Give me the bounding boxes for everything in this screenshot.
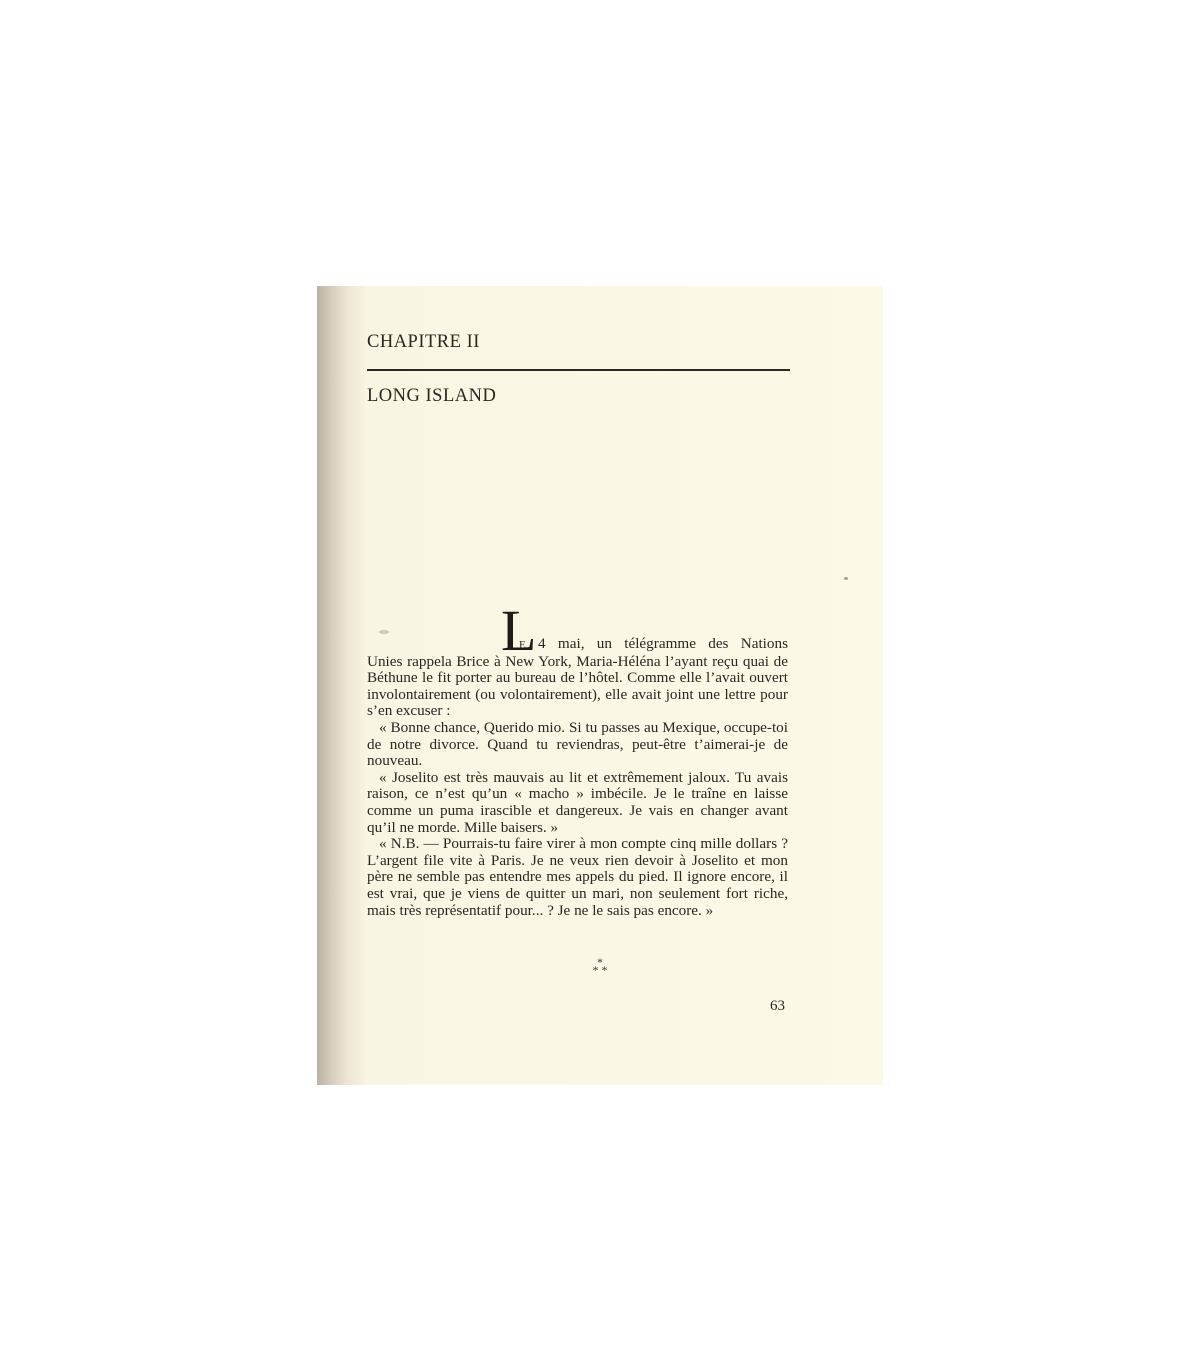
book-page: CHAPITRE II LONG ISLAND L E 4 mai, un té… bbox=[317, 286, 883, 1085]
paragraph: L E 4 mai, un télégramme des Nations Uni… bbox=[367, 636, 788, 720]
chapter-label: CHAPITRE II bbox=[367, 332, 480, 353]
paragraph: « Joselito est très mauvais au lit et ex… bbox=[367, 770, 788, 836]
chapter-rule bbox=[367, 369, 790, 371]
page-number: 63 bbox=[770, 998, 785, 1015]
paragraph: « N.B. — Pourrais-tu faire virer à mon c… bbox=[367, 836, 788, 919]
paragraph: « Bonne chance, Querido mio. Si tu passe… bbox=[367, 720, 788, 770]
paragraph-text: Unies rappela Brice à New York, Maria-Hé… bbox=[367, 653, 788, 720]
paper-speck bbox=[379, 630, 389, 634]
first-line-text: 4 mai, un télégramme des Nations bbox=[538, 635, 788, 652]
body-text: L E 4 mai, un télégramme des Nations Uni… bbox=[367, 636, 788, 919]
first-line: L E 4 mai, un télégramme des Nations bbox=[367, 636, 788, 654]
asterism-bottom: * * bbox=[317, 966, 883, 974]
drop-cap: L bbox=[501, 602, 536, 660]
chapter-title: LONG ISLAND bbox=[367, 386, 496, 407]
section-break: * * * bbox=[317, 958, 883, 974]
paper-speck bbox=[844, 577, 848, 580]
